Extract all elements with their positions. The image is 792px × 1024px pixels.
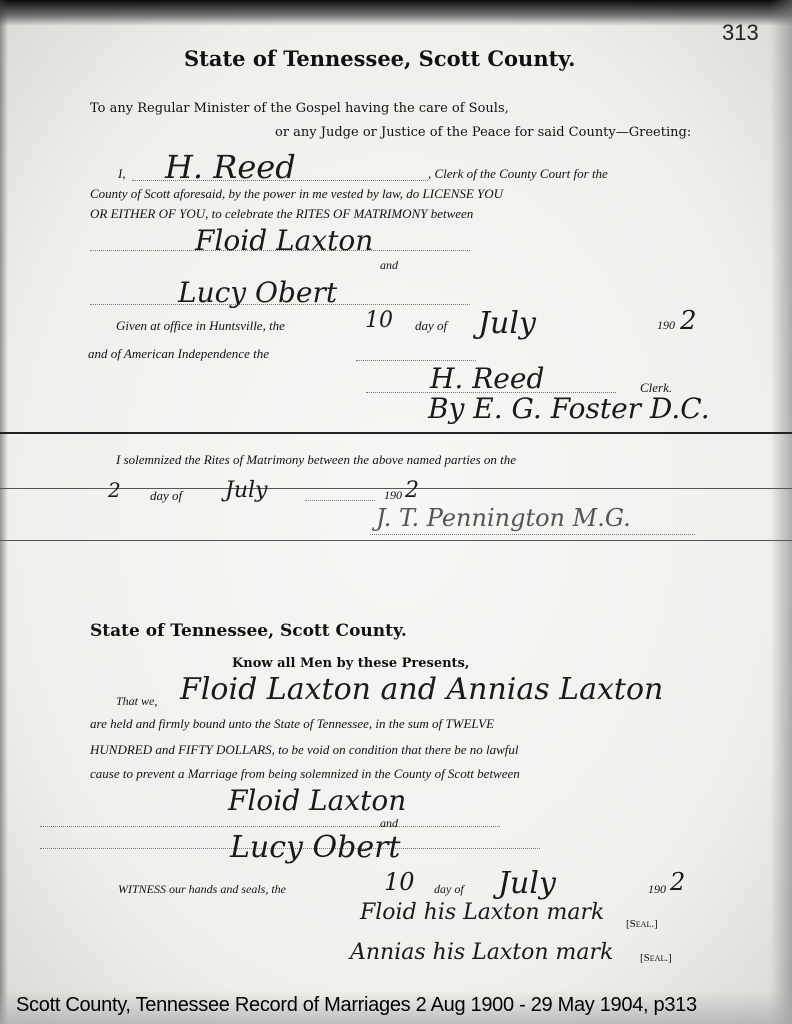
marriage-record-page: 313 State of Tennessee, Scott County. To… (0, 0, 792, 1024)
signature-1: Floid his Laxton mark (360, 900, 604, 925)
bond-groom-name: Floid Laxton (228, 784, 406, 817)
given-year-prefix: 190 (657, 318, 675, 333)
solemnization-day-of: day of (150, 488, 182, 504)
address-line-2: or any Judge or Justice of the Peace for… (275, 125, 691, 140)
clerk-signature: H. Reed (430, 362, 544, 395)
witness-year-suffix: 2 (670, 868, 685, 896)
seal-label-2: [Seal.] (640, 952, 672, 964)
scan-edge-shadow-left (0, 0, 8, 1024)
witness-day-of: day of (434, 882, 464, 897)
independence-label: and of American Independence the (88, 346, 269, 362)
given-day-of: day of (415, 318, 447, 334)
given-prefix: Given at office in Huntsville, the (116, 318, 285, 334)
scan-edge-shadow (0, 0, 792, 26)
clerk-text: , Clerk of the County Court for the (428, 166, 608, 182)
witness-year-prefix: 190 (648, 882, 666, 897)
officiant-signature: J. T. Pennington M.G. (376, 504, 631, 532)
bond-line-2: HUNDRED and FIFTY DOLLARS, to be void on… (90, 742, 519, 758)
solemnization-year-line (305, 500, 375, 501)
that-we-label: That we, (116, 694, 157, 709)
witness-day: 10 (384, 868, 415, 896)
caption-bar: Scott County, Tennessee Record of Marria… (0, 990, 792, 1024)
obligors-names: Floid Laxton and Annias Laxton (180, 672, 663, 707)
solemnization-year-prefix: 190 (384, 488, 402, 503)
solemnization-month: July (225, 478, 267, 503)
bond-bride-name: Lucy Obert (230, 830, 400, 865)
page-number: 313 (722, 20, 759, 46)
officiant-line (370, 534, 695, 535)
solemnization-year-suffix: 2 (405, 478, 419, 503)
bond-and-label: and (380, 816, 398, 831)
deputy-signature: By E. G. Foster D.C. (428, 392, 710, 425)
witness-prefix: WITNESS our hands and seals, the (118, 882, 286, 897)
seal-label-1: [Seal.] (626, 918, 658, 930)
independence-line (356, 360, 476, 361)
bond-line-3: cause to prevent a Marriage from being s… (90, 766, 520, 782)
given-month: July (478, 306, 536, 341)
bride-name: Lucy Obert (178, 276, 337, 309)
groom-name: Floid Laxton (195, 224, 373, 257)
section-divider (0, 432, 792, 434)
witness-month: July (498, 866, 556, 901)
scan-edge-shadow-right (770, 0, 792, 1024)
given-day: 10 (365, 308, 393, 333)
i-prefix: I, (118, 166, 126, 182)
caption-text: Scott County, Tennessee Record of Marria… (16, 994, 697, 1017)
clerk-name-handwritten: H. Reed (165, 148, 296, 186)
license-body-line3: OR EITHER OF YOU, to celebrate the RITES… (90, 206, 473, 222)
license-heading: State of Tennessee, Scott County. (184, 46, 575, 71)
and-label: and (380, 258, 398, 273)
given-year-suffix: 2 (680, 306, 697, 336)
solemnization-text: I solemnized the Rites of Matrimony betw… (116, 452, 516, 468)
address-line-1: To any Regular Minister of the Gospel ha… (90, 101, 509, 116)
license-body-line2: County of Scott aforesaid, by the power … (90, 186, 503, 202)
bond-line-1: are held and firmly bound unto the State… (90, 716, 494, 732)
section-divider-2 (0, 540, 792, 541)
bond-heading: State of Tennessee, Scott County. (90, 621, 407, 641)
signature-2: Annias his Laxton mark (350, 940, 613, 965)
bond-groom-line (40, 826, 500, 827)
bond-subheading: Know all Men by these Presents, (232, 656, 469, 671)
solemnization-day: 2 (108, 478, 121, 502)
